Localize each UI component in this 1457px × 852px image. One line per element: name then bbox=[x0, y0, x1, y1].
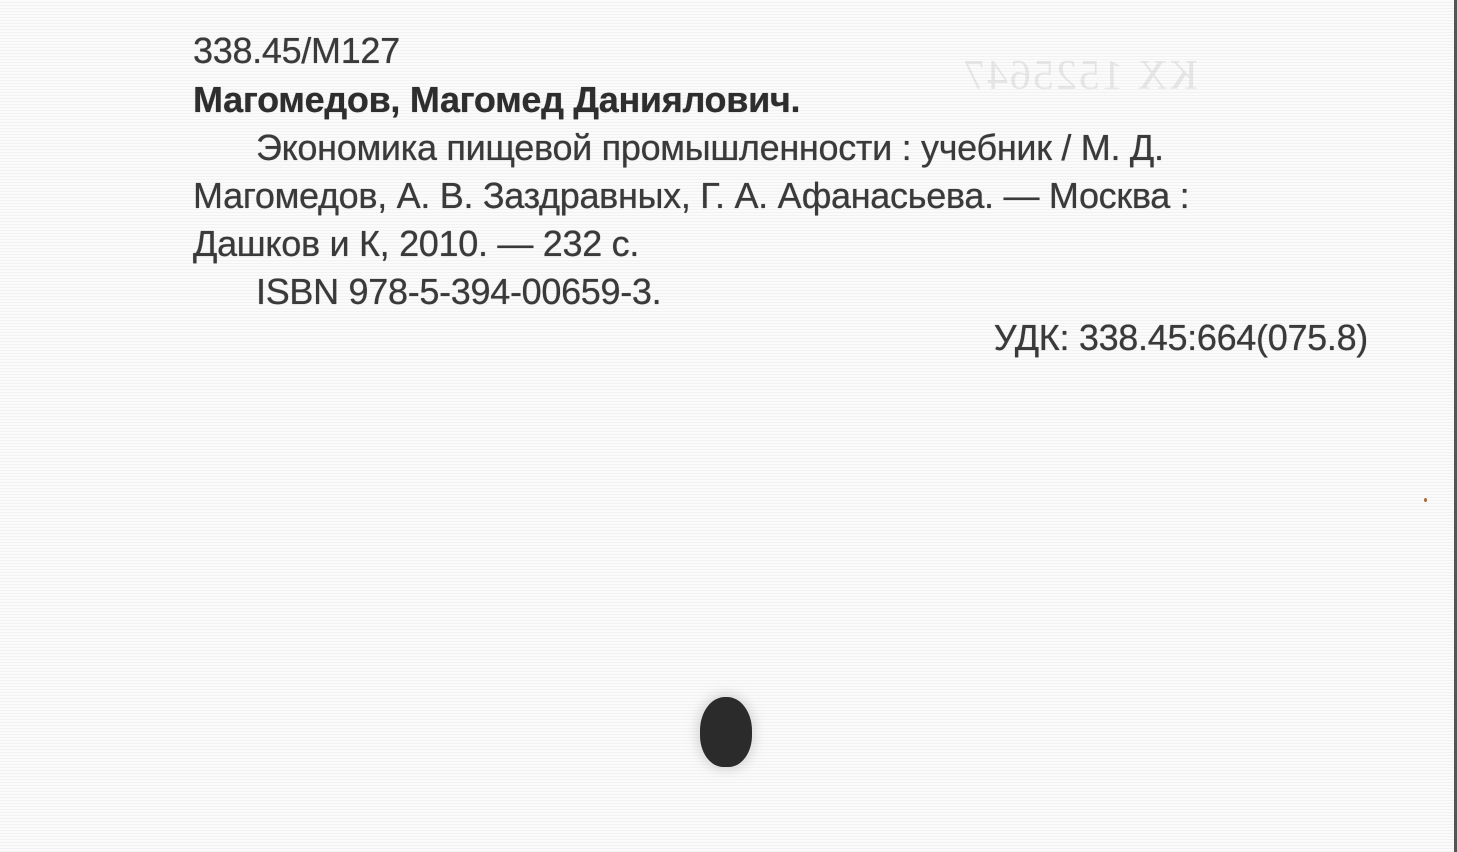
isbn: ISBN 978-5-394-00659-3. bbox=[256, 268, 661, 316]
call-number: 338.45/М127 bbox=[193, 27, 400, 75]
author-heading: Магомедов, Магомед Даниялович. bbox=[193, 76, 800, 124]
bleed-through-inventory-number: КХ 1525647 bbox=[962, 52, 1198, 100]
title-statement: Экономика пищевой промышленности : учебн… bbox=[256, 124, 1164, 172]
udk-classification: УДК: 338.45:664(075.8) bbox=[994, 314, 1368, 362]
authors-statement: Магомедов, А. В. Заздравных, Г. А. Афана… bbox=[193, 172, 1189, 220]
paper-speck bbox=[1424, 498, 1427, 502]
catalog-card: КХ 1525647 338.45/М127 Магомедов, Магоме… bbox=[0, 0, 1454, 852]
punch-hole bbox=[700, 697, 752, 767]
publication-details: Дашков и К, 2010. — 232 с. bbox=[193, 220, 639, 268]
